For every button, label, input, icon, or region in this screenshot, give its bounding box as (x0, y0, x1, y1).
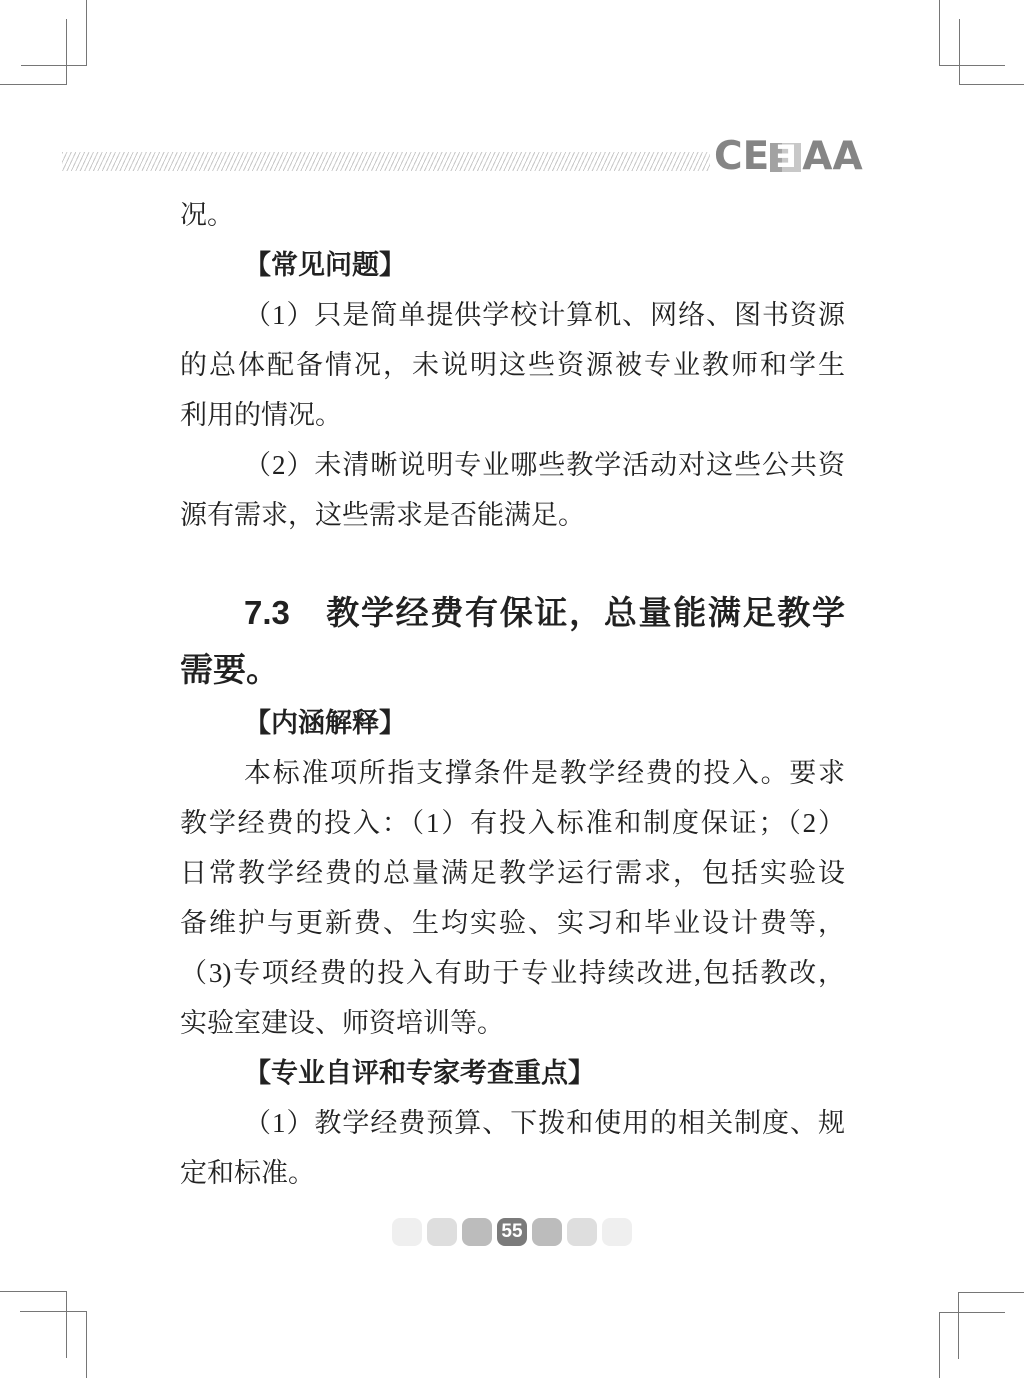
text-line: （3)专项经费的投入有助于专业持续改进,包括教改， (180, 948, 845, 998)
pager-square (567, 1218, 597, 1246)
text-line: （1）教学经费预算、下拨和使用的相关制度、规 (180, 1098, 845, 1148)
section-heading-7-3: 7.3 教学经费有保证，总量能满足教学 (180, 584, 845, 641)
crop-mark-bottom-right-inner (939, 1312, 1005, 1378)
label-self-review-focus: 【专业自评和专家考查重点】 (180, 1048, 845, 1098)
page-body: 况。 【常见问题】 （1）只是简单提供学校计算机、网络、图书资源 的总体配备情况… (180, 190, 845, 1198)
text-line: 源有需求，这些需求是否能满足。 (180, 490, 845, 540)
pager-square (462, 1218, 492, 1246)
logo-letters-aa: AA (802, 142, 862, 172)
text-line: 日常教学经费的总量满足教学运行需求，包括实验设 (180, 848, 845, 898)
crop-mark-top-left-inner (0, 19, 67, 85)
book-page: { "logo": { "part1": "CE", "reversed_e":… (0, 0, 1024, 1378)
pager-square (392, 1218, 422, 1246)
label-common-problems: 【常见问题】 (180, 240, 845, 290)
text-line: 教学经费的投入：（1）有投入标准和制度保证；（2） (180, 798, 845, 848)
crop-mark-top-right-inner (959, 19, 1024, 85)
ceeaa-logo: CE ∃ AA (714, 141, 863, 172)
pager-square (602, 1218, 632, 1246)
text-line: 的总体配备情况，未说明这些资源被专业教师和学生 (180, 340, 845, 390)
pager-square (532, 1218, 562, 1246)
header-hatched-rule (62, 152, 710, 171)
label-connotation-explanation: 【内涵解释】 (180, 698, 845, 748)
text-line: （2）未清晰说明专业哪些教学活动对这些公共资 (180, 440, 845, 490)
logo-letters-ce: CE (714, 142, 769, 172)
pager-square (427, 1218, 457, 1246)
text-line: （1）只是简单提供学校计算机、网络、图书资源 (180, 290, 845, 340)
text-line: 实验室建设、师资培训等。 (180, 998, 845, 1048)
text-line: 况。 (180, 190, 845, 240)
page-number-badge: 55 (497, 1218, 527, 1246)
crop-mark-bottom-left-inner (20, 1311, 87, 1378)
page-indicator: 55 (0, 1218, 1024, 1246)
text-line: 本标准项所指支撑条件是教学经费的投入。要求 (180, 748, 845, 798)
section-heading-7-3-cont: 需要。 (180, 641, 845, 698)
text-line: 定和标准。 (180, 1148, 845, 1198)
text-line: 备维护与更新费、生均实验、实习和毕业设计费等， (180, 898, 845, 948)
logo-reversed-e-icon: ∃ (770, 143, 801, 172)
text-line: 利用的情况。 (180, 390, 845, 440)
